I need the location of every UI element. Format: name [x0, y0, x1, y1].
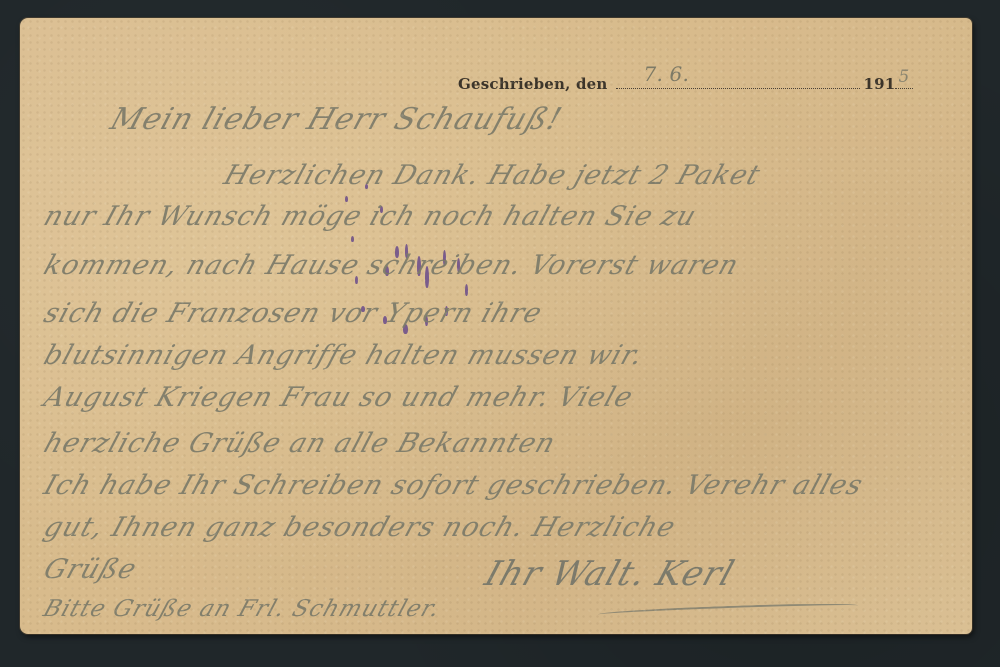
year-prefix: 191	[864, 75, 896, 93]
printed-date-header: Geschrieben, den 7. 6. 191 5	[458, 70, 913, 93]
letter-signature: Ihr Walt. Kerl	[480, 554, 740, 594]
handwritten-date: 7. 6.	[644, 62, 690, 86]
handwritten-year-digit: 5	[898, 67, 909, 87]
letter-postscript: Bitte Grüße an Frl. Schmuttler.	[40, 596, 444, 622]
year-dotted-line: 5	[895, 70, 913, 89]
letter-salutation: Mein lieber Herr Schaufuß!	[106, 102, 567, 137]
letter-line: blutsinnigen Angriffe halten mussen wir.	[40, 340, 647, 371]
letter-line: August Kriegen Frau so und mehr. Viele	[40, 382, 637, 413]
letter-line: sich die Franzosen vor Ypern ihre	[40, 298, 546, 329]
signature-flourish	[598, 601, 858, 618]
letter-line: Herzlichen Dank. Habe jetzt 2 Paket	[220, 160, 764, 191]
letter-line: Grüße	[40, 554, 141, 585]
letter-line: gut, Ihnen ganz besonders noch. Herzlich…	[40, 512, 680, 543]
letter-line: herzliche Grüße an alle Bekannten	[40, 428, 560, 459]
letter-line: nur Ihr Wunsch möge ich noch halten Sie …	[40, 201, 701, 232]
letter-line: Ich habe Ihr Schreiben sofort geschriebe…	[40, 470, 867, 501]
postcard: Geschrieben, den 7. 6. 191 5 Mein lieber…	[20, 18, 972, 634]
date-dotted-line: 7. 6.	[616, 70, 860, 89]
printed-label: Geschrieben, den	[458, 75, 608, 93]
letter-line: kommen, nach Hause schreiben. Vorerst wa…	[40, 250, 743, 281]
